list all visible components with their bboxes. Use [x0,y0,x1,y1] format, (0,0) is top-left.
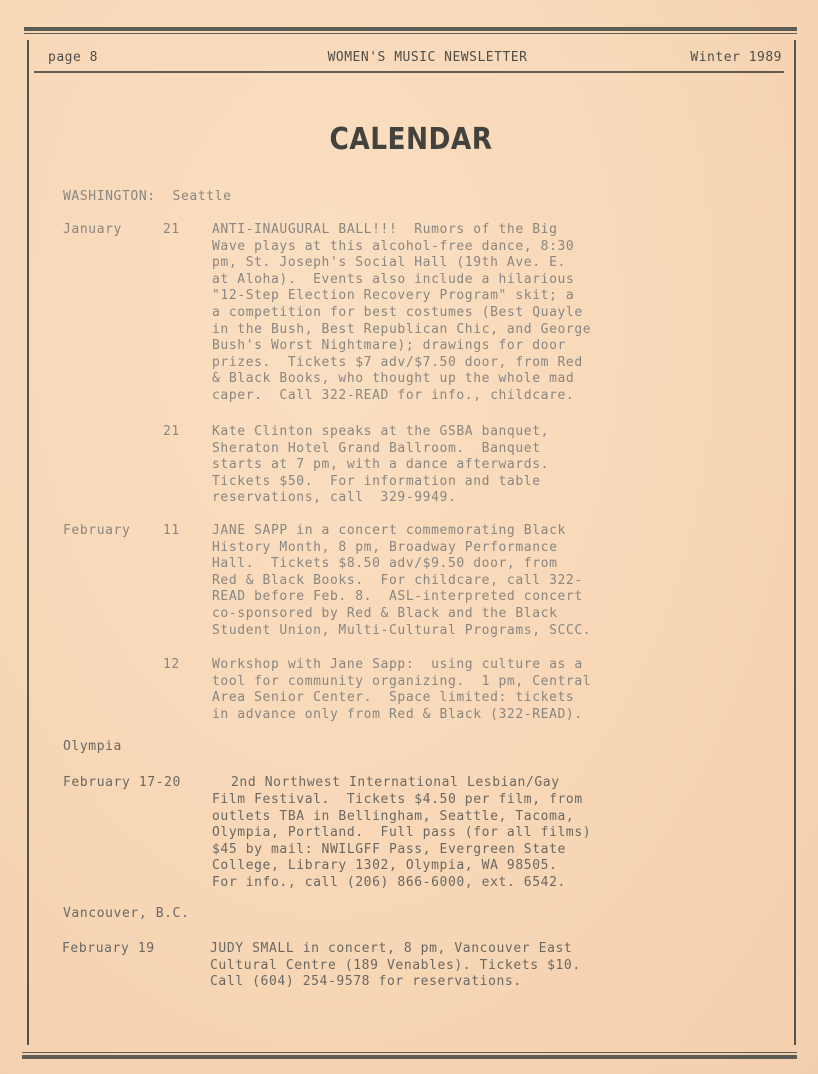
left-border [27,40,29,1045]
event-day: 11 [163,523,180,540]
event-month: February [63,523,130,540]
header-rule [34,71,784,73]
top-border-thin [24,33,797,34]
region-heading-olympia: Olympia [63,739,122,756]
event-text: JANE SAPP in a concert commemorating Bla… [212,523,591,639]
page-title: CALENDAR [49,122,772,157]
bottom-border-thin [22,1052,797,1053]
right-border [794,40,796,1045]
event-text: ANTI-INAUGURAL BALL!!! Rumors of the Big… [212,222,591,405]
event-month: January [63,222,122,239]
event-text: Kate Clinton speaks at the GSBA banquet,… [212,424,549,507]
region-heading-seattle: WASHINGTON: Seattle [63,189,232,206]
event-day: 12 [163,657,180,674]
event-text: JUDY SMALL in concert, 8 pm, Vancouver E… [210,941,581,991]
event-text: Workshop with Jane Sapp: using culture a… [212,657,591,723]
region-heading-vancouver: Vancouver, B.C. [63,906,189,923]
event-text: Film Festival. Tickets $4.50 per film, f… [212,792,591,892]
event-first-line: 2nd Northwest International Lesbian/Gay [231,775,560,792]
event-day: 21 [163,424,180,441]
issue-date: Winter 1989 [690,50,782,65]
bottom-border-thick [22,1055,797,1059]
top-border-thick [24,27,797,31]
event-month: February 17-20 [63,775,181,792]
event-month: February 19 [62,941,155,958]
event-day: 21 [163,222,180,239]
